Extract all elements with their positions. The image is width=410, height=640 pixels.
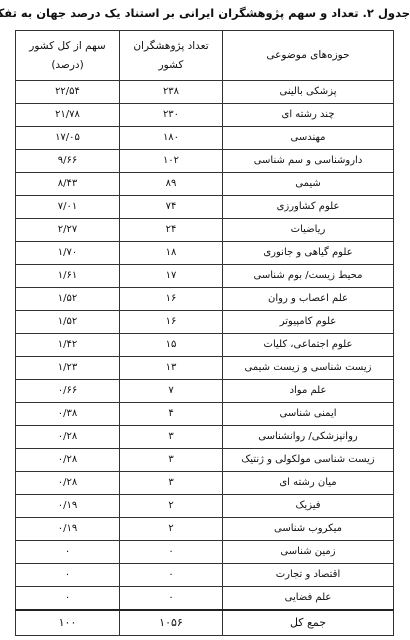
- cell-field: زیست شناسی و زیست شیمی: [223, 357, 394, 380]
- total-label: جمع کل: [223, 610, 394, 636]
- table-row: علوم کشاورزی۷۴۷/۰۱: [16, 196, 394, 219]
- cell-count: ۱۰۲: [120, 150, 223, 173]
- cell-field: ریاضیات: [223, 219, 394, 242]
- table-row: علوم گیاهی و جانوری۱۸۱/۷۰: [16, 242, 394, 265]
- table-row: فیزیک۲۰/۱۹: [16, 495, 394, 518]
- table-row: علوم کامپیوتر۱۶۱/۵۲: [16, 311, 394, 334]
- cell-share: ۱/۲۳: [16, 357, 120, 380]
- header-share: سهم از کل کشور (درصد): [16, 31, 120, 81]
- cell-count: ۱۵: [120, 334, 223, 357]
- total-share: ۱۰۰: [16, 610, 120, 636]
- table-row: اقتصاد و تجارت۰۰: [16, 564, 394, 587]
- table-row: ریاضیات۲۴۲/۲۷: [16, 219, 394, 242]
- cell-count: ۱۸۰: [120, 127, 223, 150]
- cell-count: ۳: [120, 449, 223, 472]
- cell-share: ۱/۶۱: [16, 265, 120, 288]
- cell-share: ۲۲/۵۴: [16, 81, 120, 104]
- cell-field: زیست شناسی مولکولی و ژنتیک: [223, 449, 394, 472]
- cell-count: ۲: [120, 495, 223, 518]
- cell-field: فیزیک: [223, 495, 394, 518]
- cell-field: علم مواد: [223, 380, 394, 403]
- cell-count: ۸۹: [120, 173, 223, 196]
- cell-field: علم فضایی: [223, 587, 394, 611]
- researchers-table: حوزه‌های موضوعی تعداد پژوهشگران کشور سهم…: [15, 30, 394, 636]
- cell-share: ۰/۲۸: [16, 449, 120, 472]
- cell-count: ۰: [120, 587, 223, 611]
- cell-count: ۲: [120, 518, 223, 541]
- total-row: جمع کل۱۰۵۶۱۰۰: [16, 610, 394, 636]
- cell-count: ۰: [120, 541, 223, 564]
- cell-share: ۱۷/۰۵: [16, 127, 120, 150]
- cell-count: ۰: [120, 564, 223, 587]
- table-row: زمین شناسی۰۰: [16, 541, 394, 564]
- cell-share: ۰: [16, 564, 120, 587]
- cell-field: ایمنی شناسی: [223, 403, 394, 426]
- cell-share: ۱/۵۲: [16, 311, 120, 334]
- cell-share: ۰/۲۸: [16, 472, 120, 495]
- table-row: شیمی۸۹۸/۴۳: [16, 173, 394, 196]
- table-row: میکروب شناسی۲۰/۱۹: [16, 518, 394, 541]
- cell-share: ۰/۶۶: [16, 380, 120, 403]
- cell-share: ۰/۳۸: [16, 403, 120, 426]
- cell-field: مهندسی: [223, 127, 394, 150]
- cell-field: محیط زیست/ بوم شناسی: [223, 265, 394, 288]
- table-row: روانپزشکی/ روانشناسی۳۰/۲۸: [16, 426, 394, 449]
- table-row: داروشناسی و سم شناسی۱۰۲۹/۶۶: [16, 150, 394, 173]
- cell-field: چند رشته ای: [223, 104, 394, 127]
- header-row: حوزه‌های موضوعی تعداد پژوهشگران کشور سهم…: [16, 31, 394, 81]
- table-row: علوم اجتماعی، کلیات۱۵۱/۴۲: [16, 334, 394, 357]
- cell-share: ۷/۰۱: [16, 196, 120, 219]
- table-row: علم فضایی۰۰: [16, 587, 394, 611]
- cell-field: علوم کشاورزی: [223, 196, 394, 219]
- cell-field: اقتصاد و تجارت: [223, 564, 394, 587]
- cell-field: میکروب شناسی: [223, 518, 394, 541]
- cell-share: ۰/۱۹: [16, 518, 120, 541]
- header-field: حوزه‌های موضوعی: [223, 31, 394, 81]
- cell-share: ۲۱/۷۸: [16, 104, 120, 127]
- cell-field: داروشناسی و سم شناسی: [223, 150, 394, 173]
- cell-share: ۰/۲۸: [16, 426, 120, 449]
- cell-share: ۸/۴۳: [16, 173, 120, 196]
- cell-field: روانپزشکی/ روانشناسی: [223, 426, 394, 449]
- table-row: زیست شناسی مولکولی و ژنتیک۳۰/۲۸: [16, 449, 394, 472]
- table-row: زیست شناسی و زیست شیمی۱۳۱/۲۳: [16, 357, 394, 380]
- cell-field: میان رشته ای: [223, 472, 394, 495]
- cell-field: علم اعصاب و روان: [223, 288, 394, 311]
- cell-count: ۷۴: [120, 196, 223, 219]
- table-row: علم اعصاب و روان۱۶۱/۵۲: [16, 288, 394, 311]
- cell-count: ۳: [120, 426, 223, 449]
- cell-field: علوم اجتماعی، کلیات: [223, 334, 394, 357]
- table-title: جدول ۲. تعداد و سهم پژوهشگران ایرانی بر …: [0, 3, 410, 23]
- table-row: میان رشته ای۳۰/۲۸: [16, 472, 394, 495]
- table-row: محیط زیست/ بوم شناسی۱۷۱/۶۱: [16, 265, 394, 288]
- total-count: ۱۰۵۶: [120, 610, 223, 636]
- cell-count: ۲۴: [120, 219, 223, 242]
- cell-count: ۲۳۸: [120, 81, 223, 104]
- header-count: تعداد پژوهشگران کشور: [120, 31, 223, 81]
- cell-count: ۷: [120, 380, 223, 403]
- cell-count: ۱۷: [120, 265, 223, 288]
- cell-share: ۱/۵۲: [16, 288, 120, 311]
- cell-share: ۰: [16, 587, 120, 611]
- cell-count: ۴: [120, 403, 223, 426]
- cell-field: علوم گیاهی و جانوری: [223, 242, 394, 265]
- table-row: علم مواد۷۰/۶۶: [16, 380, 394, 403]
- cell-count: ۱۸: [120, 242, 223, 265]
- table-row: ایمنی شناسی۴۰/۳۸: [16, 403, 394, 426]
- table-row: مهندسی۱۸۰۱۷/۰۵: [16, 127, 394, 150]
- cell-count: ۲۳۰: [120, 104, 223, 127]
- table-row: پزشکی بالینی۲۳۸۲۲/۵۴: [16, 81, 394, 104]
- cell-count: ۱۶: [120, 288, 223, 311]
- cell-share: ۰: [16, 541, 120, 564]
- cell-field: زمین شناسی: [223, 541, 394, 564]
- cell-field: شیمی: [223, 173, 394, 196]
- cell-share: ۰/۱۹: [16, 495, 120, 518]
- cell-share: ۲/۲۷: [16, 219, 120, 242]
- cell-field: پزشکی بالینی: [223, 81, 394, 104]
- cell-share: ۱/۷۰: [16, 242, 120, 265]
- cell-share: ۱/۴۲: [16, 334, 120, 357]
- cell-share: ۹/۶۶: [16, 150, 120, 173]
- cell-field: علوم کامپیوتر: [223, 311, 394, 334]
- cell-count: ۱۳: [120, 357, 223, 380]
- cell-count: ۳: [120, 472, 223, 495]
- cell-count: ۱۶: [120, 311, 223, 334]
- table-row: چند رشته ای۲۳۰۲۱/۷۸: [16, 104, 394, 127]
